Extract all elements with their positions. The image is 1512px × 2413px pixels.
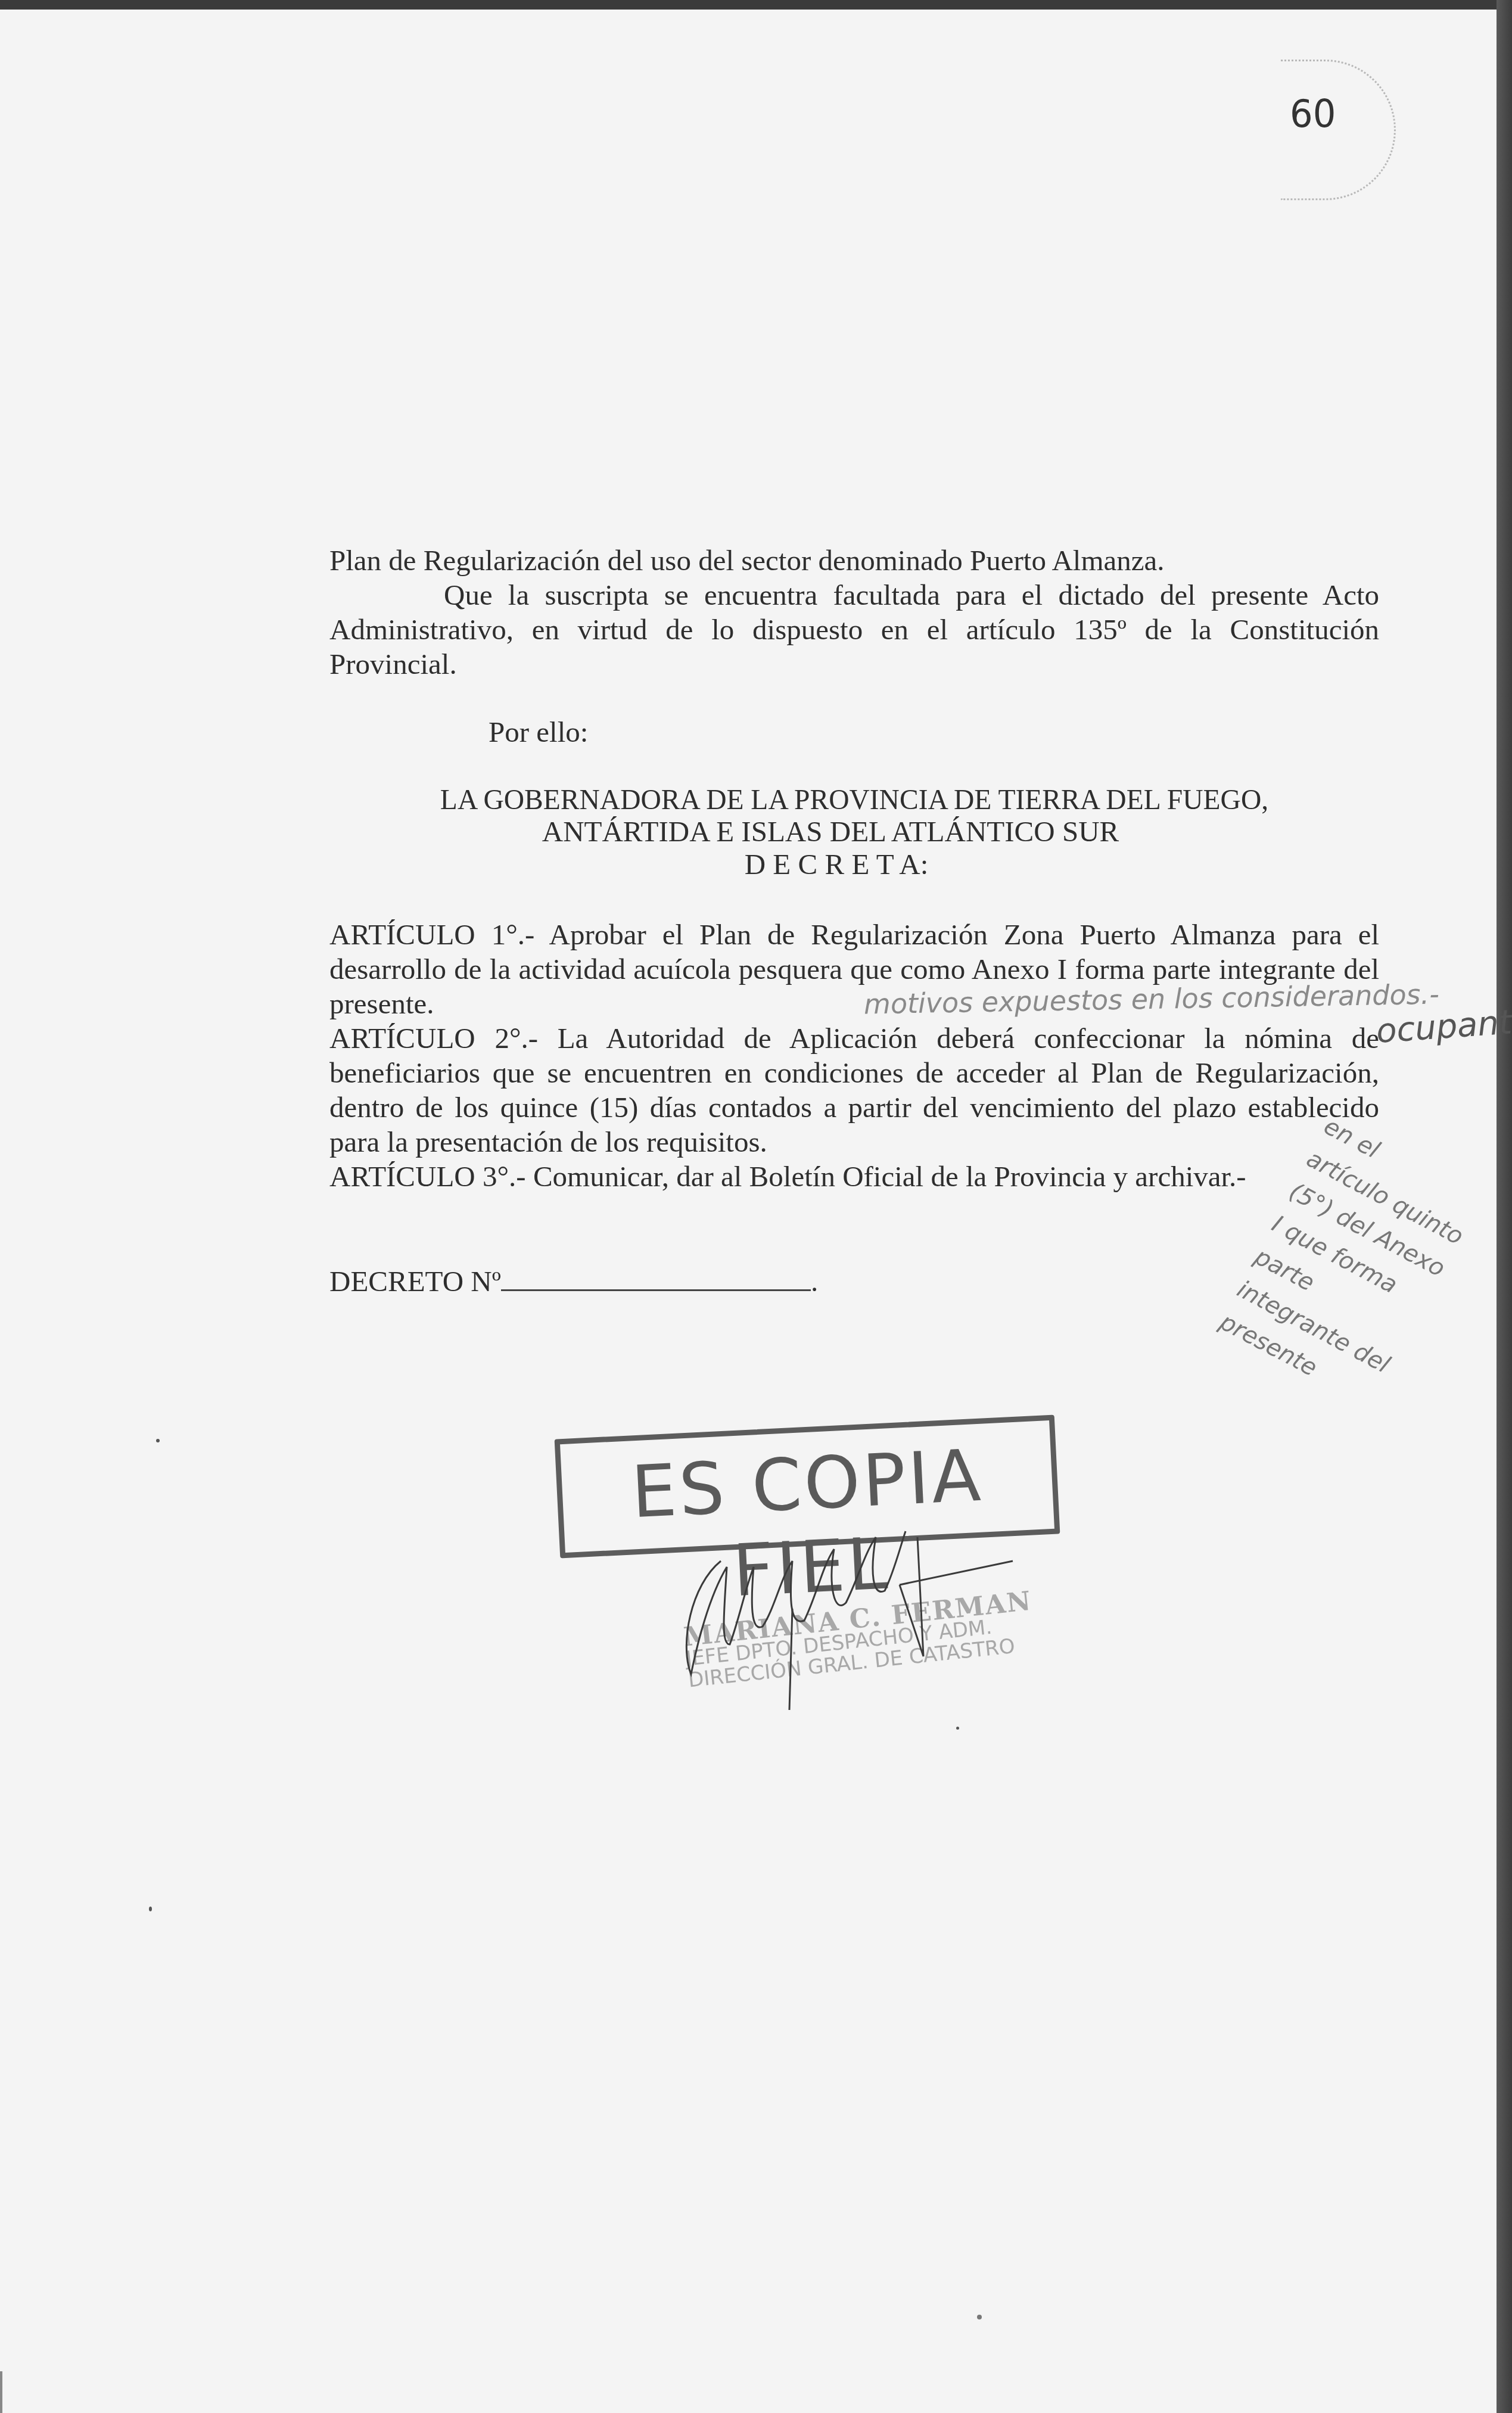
article-3: ARTÍCULO 3°.- Comunicar, dar al Boletín … — [329, 1159, 1379, 1194]
page-number: 60 — [1290, 92, 1336, 136]
por-ello: Por ello: — [489, 715, 588, 750]
decreto-number-field: DECRETO Nº. — [329, 1264, 818, 1299]
heading-line-2: ANTÁRTIDA E ISLAS DEL ATLÁNTICO SUR — [306, 814, 1355, 849]
heading-line-1: LA GOBERNADORA DE LA PROVINCIA DE TIERRA… — [345, 782, 1363, 817]
scan-speck — [156, 1439, 160, 1442]
scan-left-mark — [0, 2371, 2, 2413]
body-paragraph-que: Que la suscripta se encuentra facultada … — [329, 578, 1379, 682]
scan-speck — [977, 2315, 982, 2319]
article-2: ARTÍCULO 2°.- La Autoridad de Aplicación… — [329, 1021, 1379, 1159]
decreto-label: DECRETO Nº — [329, 1265, 501, 1298]
handwritten-signature — [655, 1525, 1025, 1716]
scan-speck — [149, 1907, 152, 1911]
scan-top-border — [0, 0, 1512, 10]
heading-decreta: D E C R E T A: — [312, 847, 1361, 882]
scan-right-border — [1497, 0, 1512, 2413]
scan-speck — [956, 1727, 959, 1730]
decreto-blank-line — [501, 1283, 811, 1291]
body-line-plan: Plan de Regularización del uso del secto… — [329, 543, 1379, 578]
